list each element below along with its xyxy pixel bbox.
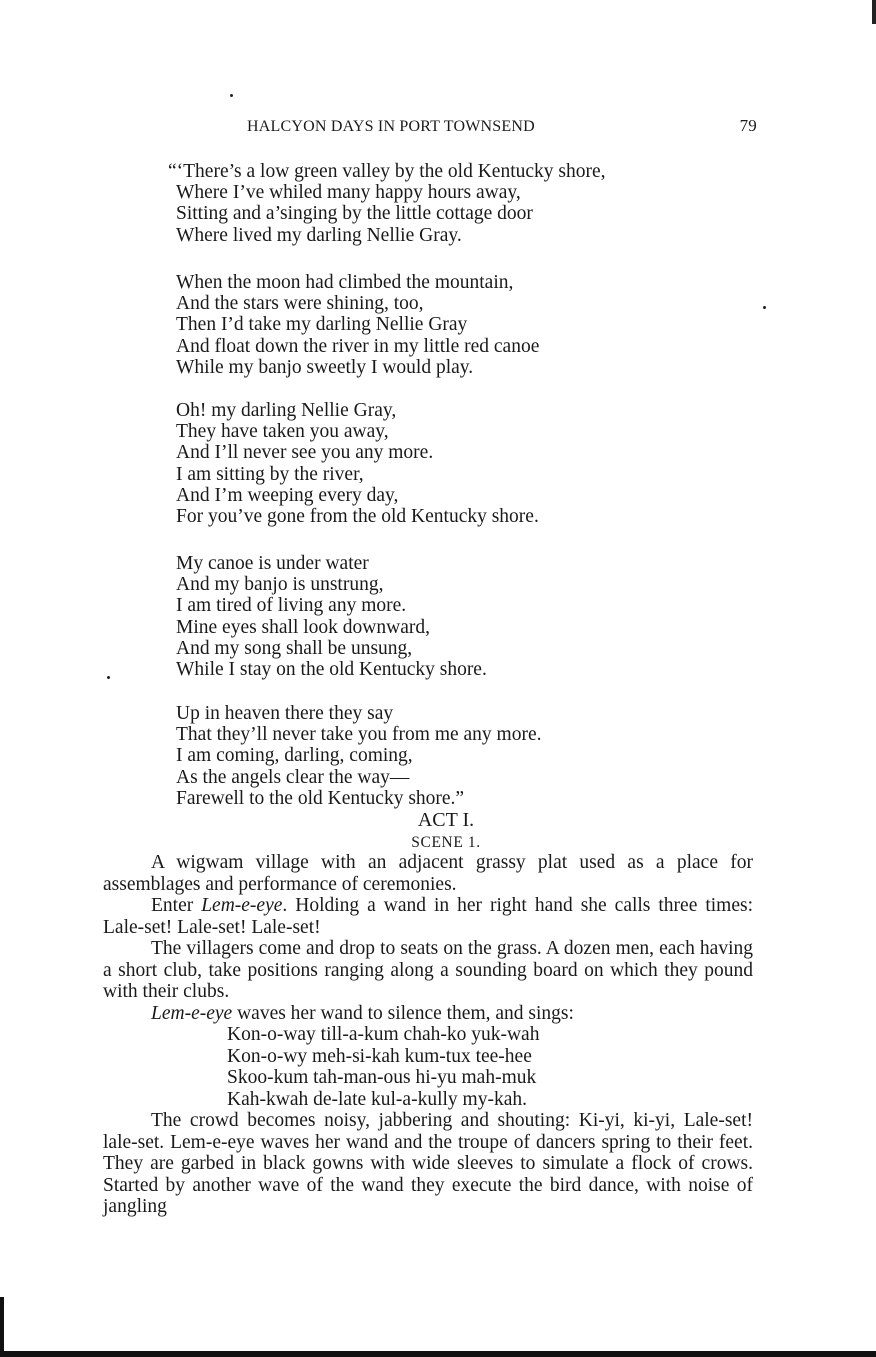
verse-line: I am sitting by the river, <box>176 464 539 485</box>
verse-line: My canoe is under water <box>176 553 487 574</box>
verse-line: And my song shall be unsung, <box>176 638 487 659</box>
scan-speck <box>230 94 233 97</box>
song-stanza-3: Oh! my darling Nellie Gray, They have ta… <box>176 400 539 527</box>
verse-line: Farewell to the old Kentucky shore.” <box>176 788 542 809</box>
chant-line: Kah-kwah de-late kul-a-kully my-kah. <box>227 1089 753 1111</box>
scan-speck <box>107 676 110 679</box>
scene-heading: SCENE 1. <box>8 834 876 852</box>
scan-edge-bottom <box>0 1351 876 1357</box>
chant-line: Skoo-kum tah-man-ous hi-yu mah-muk <box>227 1067 753 1089</box>
song-stanza-4: My canoe is under water And my banjo is … <box>176 553 487 680</box>
song-stanza-2: When the moon had climbed the mountain, … <box>176 272 539 378</box>
scan-edge-mark <box>872 0 876 24</box>
verse-line: And I’m weeping every day, <box>176 485 539 506</box>
verse-line: Then I’d take my darling Nellie Gray <box>176 314 539 335</box>
chant-line: Kon-o-way till-a-kum chah-ko yuk-wah <box>227 1024 753 1046</box>
verse-line: As the angels clear the way— <box>176 767 542 788</box>
prose-paragraph: The crowd becomes noisy, jabbering and s… <box>103 1110 753 1218</box>
verse-line: Oh! my darling Nellie Gray, <box>176 400 539 421</box>
verse-line: “‘There’s a low green valley by the old … <box>168 161 606 182</box>
character-name: Lem-e-eye <box>201 895 282 916</box>
song-stanza-1: “‘There’s a low green valley by the old … <box>168 161 606 246</box>
verse-line: Where I’ve whiled many happy hours away, <box>168 182 606 203</box>
verse-line: Sitting and a’singing by the little cott… <box>168 203 606 224</box>
prose-paragraph: The villagers come and drop to seats on … <box>103 938 753 1003</box>
verse-line: And the stars were shining, too, <box>176 293 539 314</box>
prose-paragraph: A wigwam village with an adjacent grassy… <box>103 852 753 895</box>
verse-line: They have taken you away, <box>176 421 539 442</box>
verse-line: And my banjo is unstrung, <box>176 574 487 595</box>
verse-line: Up in heaven there they say <box>176 703 542 724</box>
verse-line: That they’ll never take you from me any … <box>176 724 542 745</box>
verse-line: And float down the river in my little re… <box>176 336 539 357</box>
verse-line: And I’ll never see you any more. <box>176 442 539 463</box>
verse-line: While my banjo sweetly I would play. <box>176 357 539 378</box>
verse-line: I am coming, darling, coming, <box>176 745 542 766</box>
verse-line: For you’ve gone from the old Kentucky sh… <box>176 506 539 527</box>
chant-line: Kon-o-wy meh-si-kah kum-tux tee-hee <box>227 1046 753 1068</box>
scan-speck <box>763 306 766 309</box>
prose-paragraph: Enter Lem-e-eye. Holding a wand in her r… <box>103 895 753 938</box>
scan-edge-left <box>0 1297 4 1357</box>
verse-line: While I stay on the old Kentucky shore. <box>176 659 487 680</box>
scene-prose: A wigwam village with an adjacent grassy… <box>103 852 753 1218</box>
verse-line: I am tired of living any more. <box>176 595 487 616</box>
running-title: HALCYON DAYS IN PORT TOWNSEND <box>247 118 535 136</box>
act-heading: ACT I. <box>8 809 876 832</box>
chant-lines: Kon-o-way till-a-kum chah-ko yuk-wah Kon… <box>103 1024 753 1110</box>
prose-paragraph: Lem-e-eye waves her wand to silence them… <box>103 1003 753 1025</box>
verse-line: When the moon had climbed the mountain, <box>176 272 539 293</box>
page-number: 79 <box>740 116 757 136</box>
verse-line: Mine eyes shall look downward, <box>176 617 487 638</box>
verse-line: Where lived my darling Nellie Gray. <box>168 225 606 246</box>
character-name: Lem-e-eye <box>151 1003 232 1024</box>
song-stanza-5: Up in heaven there they say That they’ll… <box>176 703 542 809</box>
